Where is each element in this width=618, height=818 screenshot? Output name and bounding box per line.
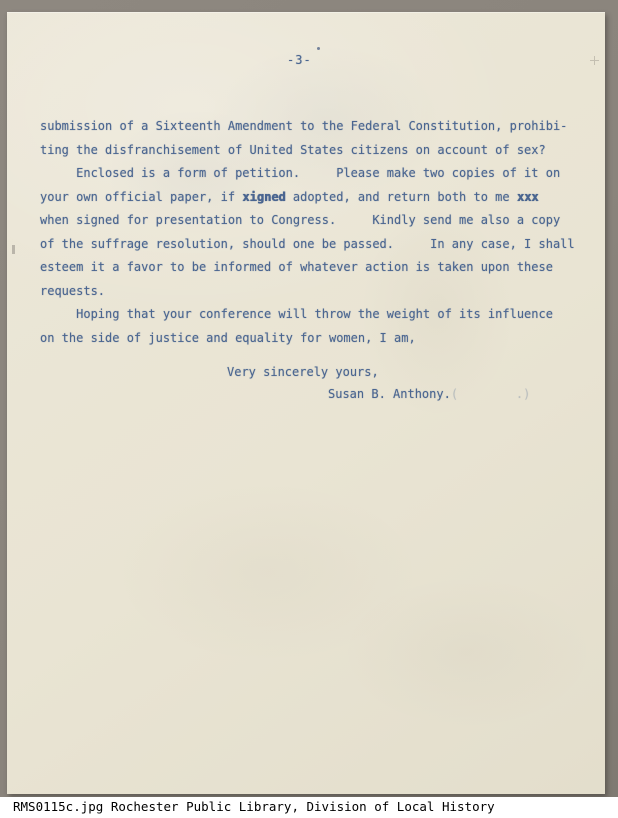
signature-faint-note: ( .) xyxy=(451,387,530,401)
scan-background: -3- submission of a Sixteenth Amendment … xyxy=(0,0,618,797)
line-segment: adopted, and return both to me xyxy=(286,190,517,204)
overstruck-word: xigned xyxy=(242,190,285,204)
edge-smudge-mark xyxy=(12,245,15,254)
letter-line: on the side of justice and equality for … xyxy=(40,327,585,351)
letter-line-overstrike: your own official paper, if xigned adopt… xyxy=(40,186,585,210)
valediction: Very sincerely yours, xyxy=(227,361,379,385)
caption-text: RMS0115c.jpg Rochester Public Library, D… xyxy=(13,799,495,814)
signature-line: Susan B. Anthony.( .) xyxy=(328,383,530,407)
letter-line: submission of a Sixteenth Amendment to t… xyxy=(40,115,585,139)
page-number: -3- xyxy=(287,53,312,67)
letter-line: Enclosed is a form of petition. Please m… xyxy=(40,162,585,186)
line-segment: your own official paper, if xyxy=(40,190,242,204)
letter-line: Hoping that your conference will throw t… xyxy=(40,303,585,327)
letter-paper: -3- submission of a Sixteenth Amendment … xyxy=(7,12,605,794)
pencil-cross-mark xyxy=(590,56,599,65)
letter-line: when signed for presentation to Congress… xyxy=(40,209,585,233)
letter-line: ting the disfranchisement of United Stat… xyxy=(40,139,585,163)
letter-line: of the suffrage resolution, should one b… xyxy=(40,233,585,257)
overstruck-word: xxx xyxy=(517,190,539,204)
letter-body: submission of a Sixteenth Amendment to t… xyxy=(40,115,585,350)
ink-dot-mark xyxy=(317,47,320,50)
letter-line: requests. xyxy=(40,280,585,304)
caption-bar: RMS0115c.jpg Rochester Public Library, D… xyxy=(0,797,618,818)
letter-line: esteem it a favor to be informed of what… xyxy=(40,256,585,280)
signature: Susan B. Anthony. xyxy=(328,387,451,401)
